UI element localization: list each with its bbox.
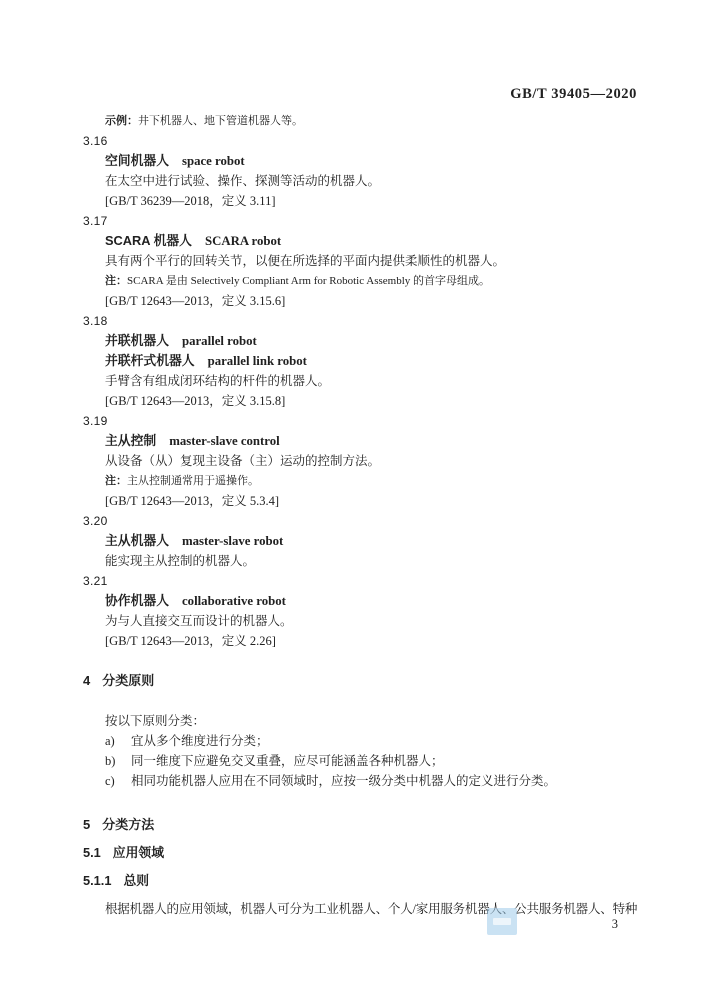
- page-number: 3: [612, 917, 618, 932]
- definition-text: 手臂含有组成闭环结构的杆件的机器人。: [83, 371, 639, 391]
- list-label: c): [105, 771, 131, 791]
- clause-number-3-19: 3.19: [83, 411, 639, 431]
- section-number: 5: [83, 817, 90, 832]
- example-label: 示例：: [105, 115, 138, 127]
- clause-number-3-17: 3.17: [83, 211, 639, 231]
- definition-text: 能实现主从控制的机器人。: [83, 551, 639, 571]
- term-line: SCARA 机器人SCARA robot: [83, 231, 639, 251]
- section-4-intro: 按以下原则分类：: [83, 711, 639, 731]
- section-title: 分类方法: [102, 817, 154, 832]
- list-text: 同一维度下应避免交叉重叠，应尽可能涵盖各种机器人；: [131, 754, 444, 768]
- section-number: 5.1: [83, 845, 101, 860]
- term-zh: 并联机器人: [105, 333, 169, 348]
- clause-number-3-18: 3.18: [83, 311, 639, 331]
- term-zh: 协作机器人: [105, 593, 169, 608]
- note-text: SCARA 是由 Selectively Compliant Arm for R…: [127, 275, 490, 287]
- definition-text: 为与人直接交互而设计的机器人。: [83, 611, 639, 631]
- section-5-1-1-heading: 5.1.1总则: [83, 871, 639, 891]
- term-en: parallel link robot: [208, 354, 307, 368]
- list-label: a): [105, 731, 131, 751]
- example-text: 井下机器人、地下管道机器人等。: [138, 115, 303, 127]
- note-text: 主从控制通常用于遥操作。: [127, 475, 259, 487]
- watermark-stamp: [487, 908, 517, 935]
- document-page: GB/T 39405—2020 示例：井下机器人、地下管道机器人等。 3.16 …: [0, 0, 707, 1000]
- list-label: b): [105, 751, 131, 771]
- clause-number-3-20: 3.20: [83, 511, 639, 531]
- section-number: 4: [83, 673, 90, 688]
- section-5-1-heading: 5.1应用领域: [83, 843, 639, 863]
- note-label: 注：: [105, 475, 127, 487]
- definition-text: 在太空中进行试验、操作、探测等活动的机器人。: [83, 171, 639, 191]
- term-zh: 主从控制: [105, 433, 156, 448]
- list-item-c: c)相同功能机器人应用在不同领域时，应按一级分类中机器人的定义进行分类。: [83, 771, 639, 791]
- term-line: 协作机器人collaborative robot: [83, 591, 639, 611]
- definition-text: 从设备（从）复现主设备（主）运动的控制方法。: [83, 451, 639, 471]
- section-title: 应用领域: [113, 845, 164, 860]
- term-en: master-slave control: [169, 434, 280, 448]
- standard-code: GB/T 39405—2020: [510, 86, 637, 103]
- term-zh: 空间机器人: [105, 153, 169, 168]
- definition-text: 具有两个平行的回转关节，以便在所选择的平面内提供柔顺性的机器人。: [83, 251, 639, 271]
- section-title: 总则: [123, 873, 149, 888]
- watermark-logo-icon: [493, 918, 511, 925]
- term-en: master-slave robot: [182, 534, 283, 548]
- note-line: 注：主从控制通常用于遥操作。: [83, 471, 639, 491]
- section-number: 5.1.1: [83, 873, 111, 888]
- section-5-heading: 5分类方法: [83, 815, 639, 835]
- term-en: parallel robot: [182, 334, 257, 348]
- note-label: 注：: [105, 275, 127, 287]
- source-reference: [GB/T 12643—2013，定义 2.26]: [83, 631, 639, 651]
- source-reference: [GB/T 12643—2013，定义 5.3.4]: [83, 491, 639, 511]
- list-item-a: a)宜从多个维度进行分类；: [83, 731, 639, 751]
- term-line: 并联杆式机器人parallel link robot: [83, 351, 639, 371]
- list-text: 宜从多个维度进行分类；: [131, 734, 269, 748]
- term-zh: 并联杆式机器人: [105, 353, 195, 368]
- term-zh: 主从机器人: [105, 533, 169, 548]
- example-note: 示例：井下机器人、地下管道机器人等。: [83, 111, 639, 131]
- clause-number-3-16: 3.16: [83, 131, 639, 151]
- list-text: 相同功能机器人应用在不同领域时，应按一级分类中机器人的定义进行分类。: [131, 774, 556, 788]
- source-reference: [GB/T 12643—2013，定义 3.15.6]: [83, 291, 639, 311]
- term-line: 主从机器人master-slave robot: [83, 531, 639, 551]
- source-reference: [GB/T 36239—2018，定义 3.11]: [83, 191, 639, 211]
- term-en: collaborative robot: [182, 594, 286, 608]
- section-4-heading: 4分类原则: [83, 671, 639, 691]
- term-en: SCARA robot: [205, 234, 281, 248]
- page-content: 示例：井下机器人、地下管道机器人等。 3.16 空间机器人space robot…: [83, 111, 639, 919]
- clause-number-3-21: 3.21: [83, 571, 639, 591]
- term-zh: SCARA 机器人: [105, 233, 192, 248]
- term-line: 并联机器人parallel robot: [83, 331, 639, 351]
- section-title: 分类原则: [102, 673, 154, 688]
- source-reference: [GB/T 12643—2013，定义 3.15.8]: [83, 391, 639, 411]
- term-en: space robot: [182, 154, 245, 168]
- list-item-b: b)同一维度下应避免交叉重叠，应尽可能涵盖各种机器人；: [83, 751, 639, 771]
- note-line: 注：SCARA 是由 Selectively Compliant Arm for…: [83, 271, 639, 291]
- body-paragraph: 根据机器人的应用领域，机器人可分为工业机器人、个人/家用服务机器人、公共服务机器…: [83, 899, 639, 919]
- term-line: 主从控制master-slave control: [83, 431, 639, 451]
- term-line: 空间机器人space robot: [83, 151, 639, 171]
